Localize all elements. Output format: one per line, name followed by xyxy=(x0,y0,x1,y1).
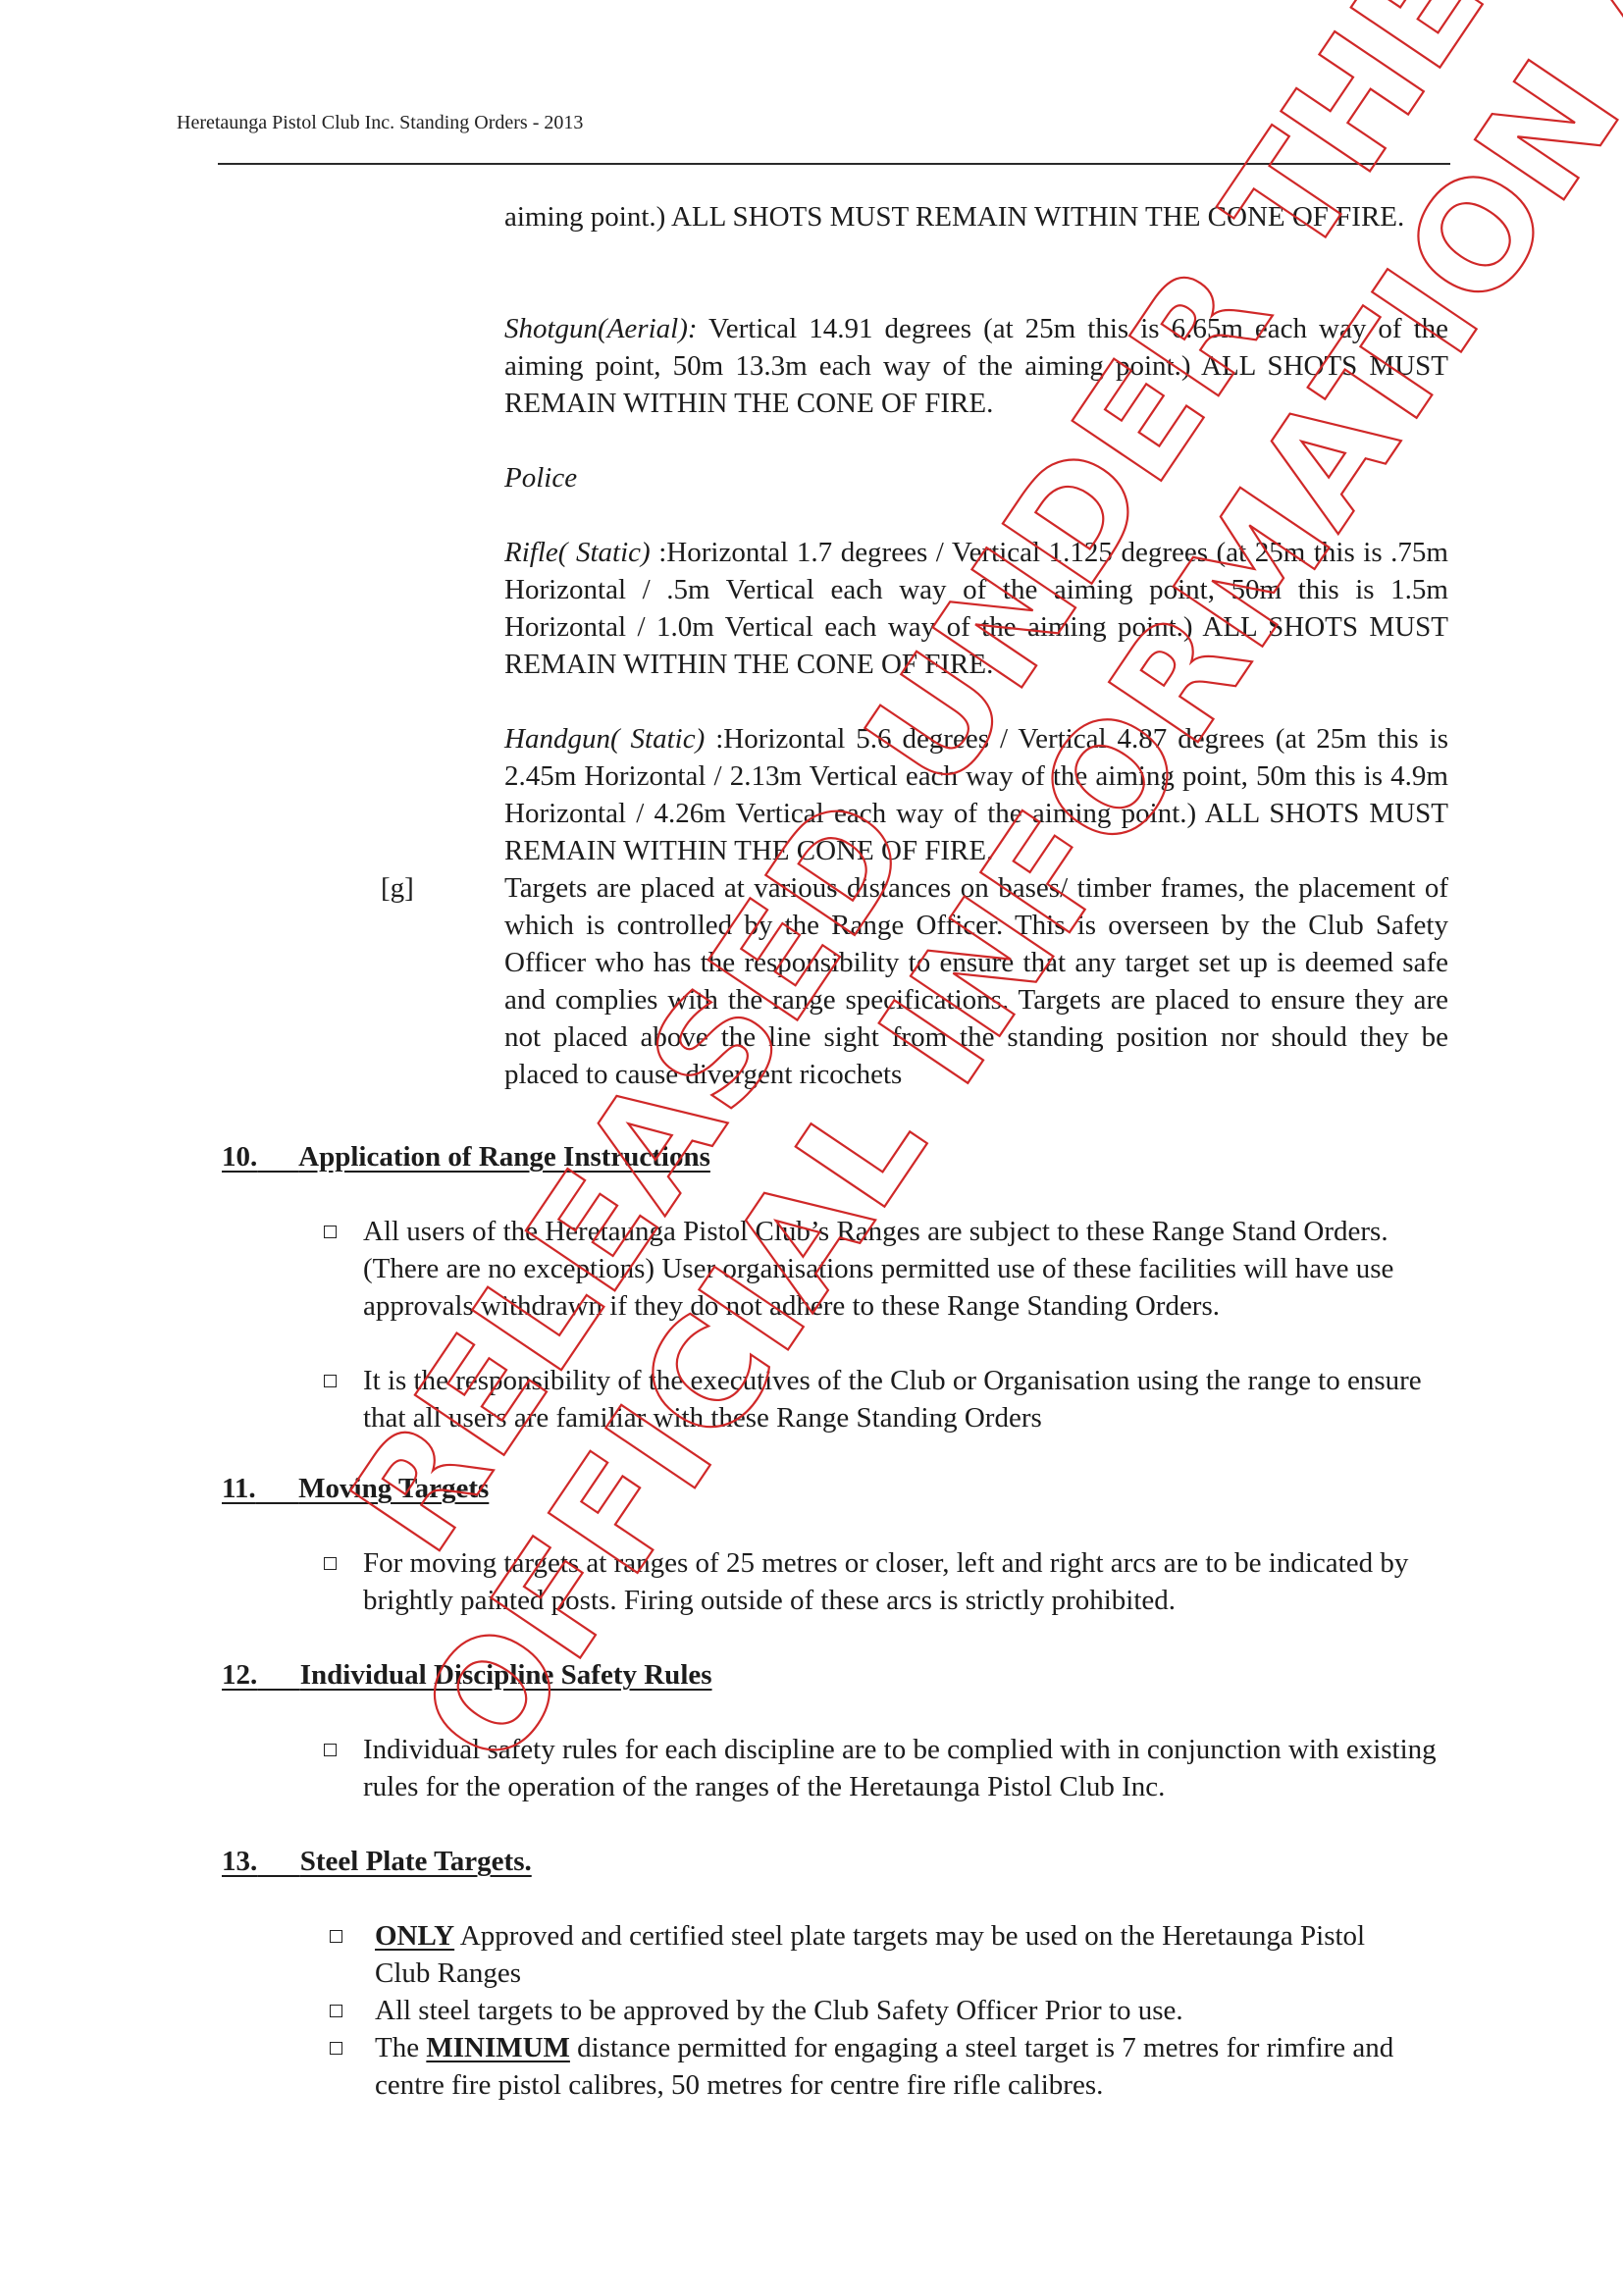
section-12-number: 12. xyxy=(222,1659,257,1691)
section-10-bullet-2: It is the responsibility of the executiv… xyxy=(324,1362,1452,1436)
checkbox-bullet-icon xyxy=(330,1930,342,1943)
section-11-heading: 11. Moving Targets xyxy=(222,1470,489,1507)
section-12-bullet-1: Individual safety rules for each discipl… xyxy=(324,1731,1452,1805)
section-12-heading: 12. Individual Discipline Safety Rules xyxy=(222,1656,712,1694)
section-11-bullet-1: For moving targets at ranges of 25 metre… xyxy=(324,1544,1452,1619)
section-10-heading: 10. Application of Range Instructions xyxy=(222,1138,710,1175)
section-10-number: 10. xyxy=(222,1141,257,1173)
rifle-label: Rifle( Static) xyxy=(504,537,651,568)
section-10-title: Application of Range Instructions xyxy=(298,1141,710,1173)
section-11-number: 11. xyxy=(222,1473,256,1504)
checkbox-bullet-icon xyxy=(324,1744,337,1756)
checkbox-bullet-icon xyxy=(324,1375,337,1387)
continuation-paragraph: aiming point.) ALL SHOTS MUST REMAIN WIT… xyxy=(504,198,1448,235)
item-g-label: [g] xyxy=(381,869,414,907)
shotgun-paragraph: Shotgun(Aerial): Vertical 14.91 degrees … xyxy=(504,310,1448,422)
shotgun-label: Shotgun(Aerial): xyxy=(504,313,698,344)
header-rule xyxy=(218,163,1450,165)
checkbox-bullet-icon xyxy=(324,1557,337,1570)
section-13-bullet-2: All steel targets to be approved by the … xyxy=(330,1992,1458,2029)
only-emphasis: ONLY xyxy=(375,1920,454,1952)
section-13-number: 13. xyxy=(222,1846,257,1877)
section-11-title: Moving Targets xyxy=(298,1473,489,1504)
police-heading: Police xyxy=(504,459,1448,496)
section-13-bullet-1: ONLY Approved and certified steel plate … xyxy=(330,1917,1458,1992)
section-13-bullet-3: The MINIMUM distance permitted for engag… xyxy=(330,2029,1458,2104)
rifle-paragraph: Rifle( Static) :Horizontal 1.7 degrees /… xyxy=(504,534,1448,683)
section-13-heading: 13. Steel Plate Targets. xyxy=(222,1843,532,1880)
section-13-title: Steel Plate Targets. xyxy=(300,1846,532,1877)
section-10-bullet-1: All users of the Heretaunga Pistol Club’… xyxy=(324,1213,1452,1362)
item-g-paragraph: Targets are placed at various distances … xyxy=(504,869,1448,1093)
handgun-paragraph: Handgun( Static) :Horizontal 5.6 degrees… xyxy=(504,720,1448,869)
page-header: Heretaunga Pistol Club Inc. Standing Ord… xyxy=(177,112,583,134)
checkbox-bullet-icon xyxy=(330,2005,342,2017)
checkbox-bullet-icon xyxy=(330,2042,342,2055)
handgun-label: Handgun( Static) xyxy=(504,723,705,755)
section-12-title: Individual Discipline Safety Rules xyxy=(300,1659,712,1691)
minimum-emphasis: MINIMUM xyxy=(426,2032,570,2063)
checkbox-bullet-icon xyxy=(324,1226,337,1238)
